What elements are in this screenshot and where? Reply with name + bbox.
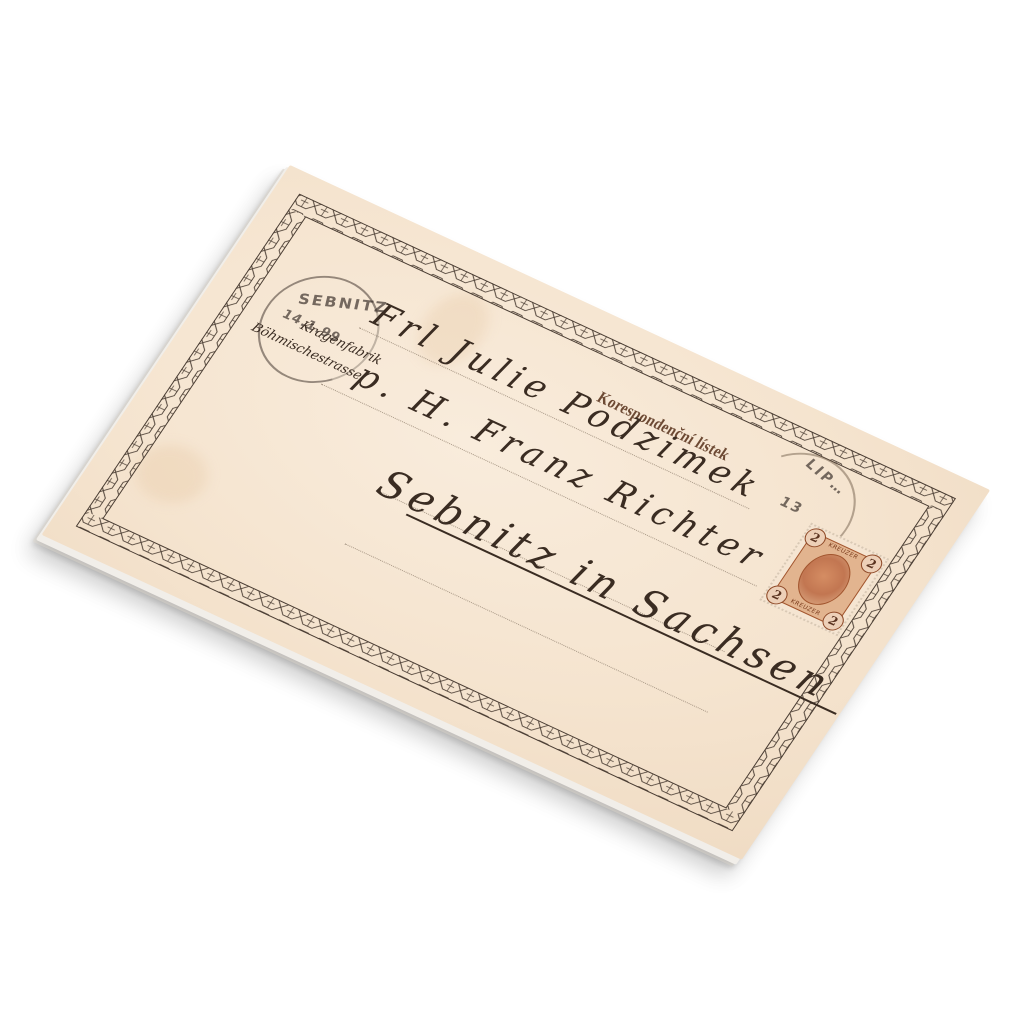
photo-stage: Korespondenční lístek Frl Julie Podzimek… bbox=[0, 0, 1024, 1024]
postmark-date: 13 bbox=[776, 494, 806, 517]
postcard-wrapper: Korespondenční lístek Frl Julie Podzimek… bbox=[42, 165, 991, 860]
postmark-date: 14.1.99 bbox=[279, 307, 344, 346]
